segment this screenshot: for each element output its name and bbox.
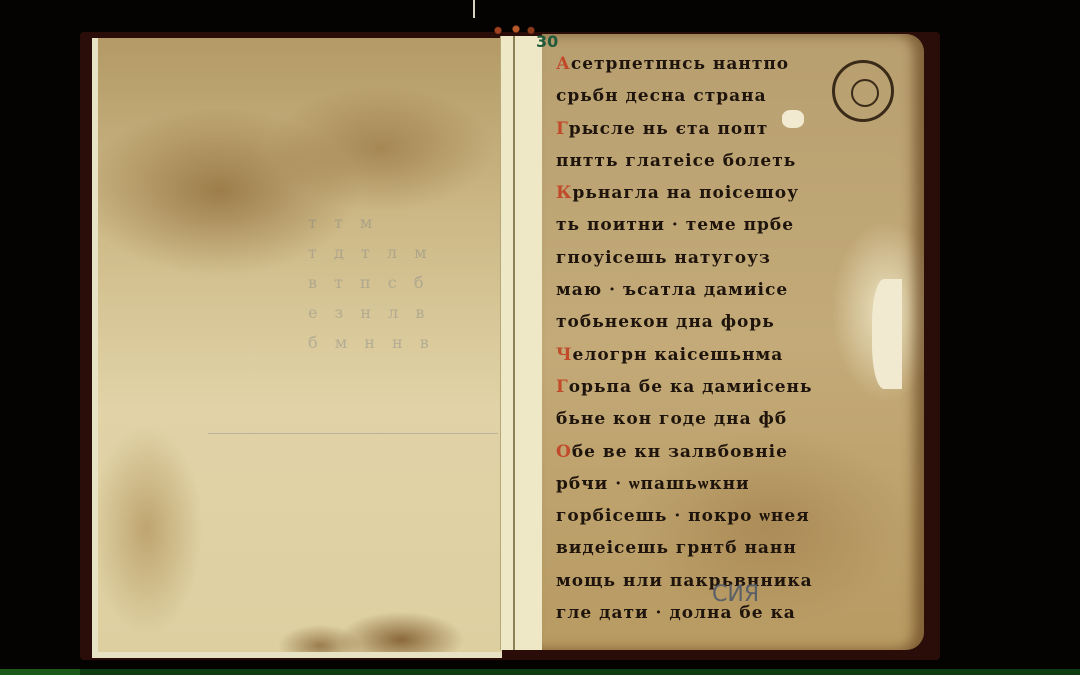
line-text: пнтть глатеісе болеть [556,151,796,171]
text-line: мощь нли пакрьвнника [556,565,846,597]
bleed-through-rule [208,433,498,434]
line-text: ть поитни · теме прбе [556,215,794,235]
rubric-initial: Г [556,119,569,139]
text-line: пнтть глатеісе болеть [556,145,846,177]
text-line: бьне кон годе дна фб [556,403,846,435]
bleed-line: б м н н в [308,328,478,358]
line-text: сетрпетпнсь нантпо [571,54,789,74]
text-line: Обе ве кн залвбовніе [556,436,846,468]
line-text: срьбн десна страна [556,86,767,106]
gutter-guard-strip [500,36,544,650]
line-text: рбчи · ѡпашьѡкни [556,474,750,494]
bleed-line: е з н л в [308,298,478,328]
rubric-initial: Г [556,377,569,397]
top-ruler-mark [473,0,475,18]
text-line: видеісешь грнтб нанн [556,532,846,564]
stamp-center [851,79,879,107]
text-line: гпоуісешь натугоуз [556,242,846,274]
text-line: Крьнагла на поісешоу [556,177,846,209]
text-line: Грысле нь єта попт [556,113,846,145]
manuscript-text: Асетрпетпнсь нантпо срьбн десна страна Г… [556,48,846,629]
text-line: Челогрн каісешьнма [556,339,846,371]
text-line: маю · ъсатла дамиісе [556,274,846,306]
line-text: гле дати · долна бе ка [556,603,796,623]
bottom-green-strip [0,669,1080,675]
text-line: ть поитни · теме прбе [556,209,846,241]
text-line: Асетрпетпнсь нантпо [556,48,846,80]
rubric-initial: О [556,442,572,462]
line-text: елогрн каісешьнма [573,345,784,365]
line-text: горбісешь · покро ѡнея [556,506,810,526]
text-line: тобьнекон дна форь [556,306,846,338]
line-text: бе ве кн залвбовніе [572,442,788,462]
pencil-annotation: СИЯ [712,582,759,607]
rubric-initial: А [556,54,571,74]
bleed-line: т д т л м [308,238,478,268]
bleed-line: в т п с б [308,268,478,298]
left-page: т т м т д т л м в т п с б е з н л в б м … [92,38,502,658]
bleed-line: т т м [308,208,478,238]
line-text: гпоуісешь натугоуз [556,248,771,268]
bleed-through-text: т т м т д т л м в т п с б е з н л в б м … [308,208,478,358]
text-line: срьбн десна страна [556,80,846,112]
line-text: видеісешь грнтб нанн [556,538,797,558]
line-text: бьне кон годе дна фб [556,409,787,429]
gutter-fold-line [513,36,515,650]
line-text: тобьнекон дна форь [556,312,775,332]
text-line: рбчи · ѡпашьѡкни [556,468,846,500]
line-text: орьпа бе ка дамиісень [569,377,813,397]
text-line: гле дати · долна бе ка [556,597,846,629]
rubric-initial: К [556,183,572,203]
text-line: горбісешь · покро ѡнея [556,500,846,532]
right-page: 30 Асетрпетпнсь нантпо срьбн десна стран… [542,34,924,650]
bottom-green-strip-left [0,669,80,675]
folio-number: 30 [536,32,558,51]
text-line: Горьпа бе ка дамиісень [556,371,846,403]
line-text: маю · ъсатла дамиісе [556,280,788,300]
paper-tear [872,279,902,389]
rubric-initial: Ч [556,345,573,365]
line-text: рьнагла на поісешоу [572,183,799,203]
line-text: рысле нь єта попт [569,119,768,139]
binding-fringe [480,22,540,36]
line-text: мощь нли пакрьвнника [556,571,813,591]
